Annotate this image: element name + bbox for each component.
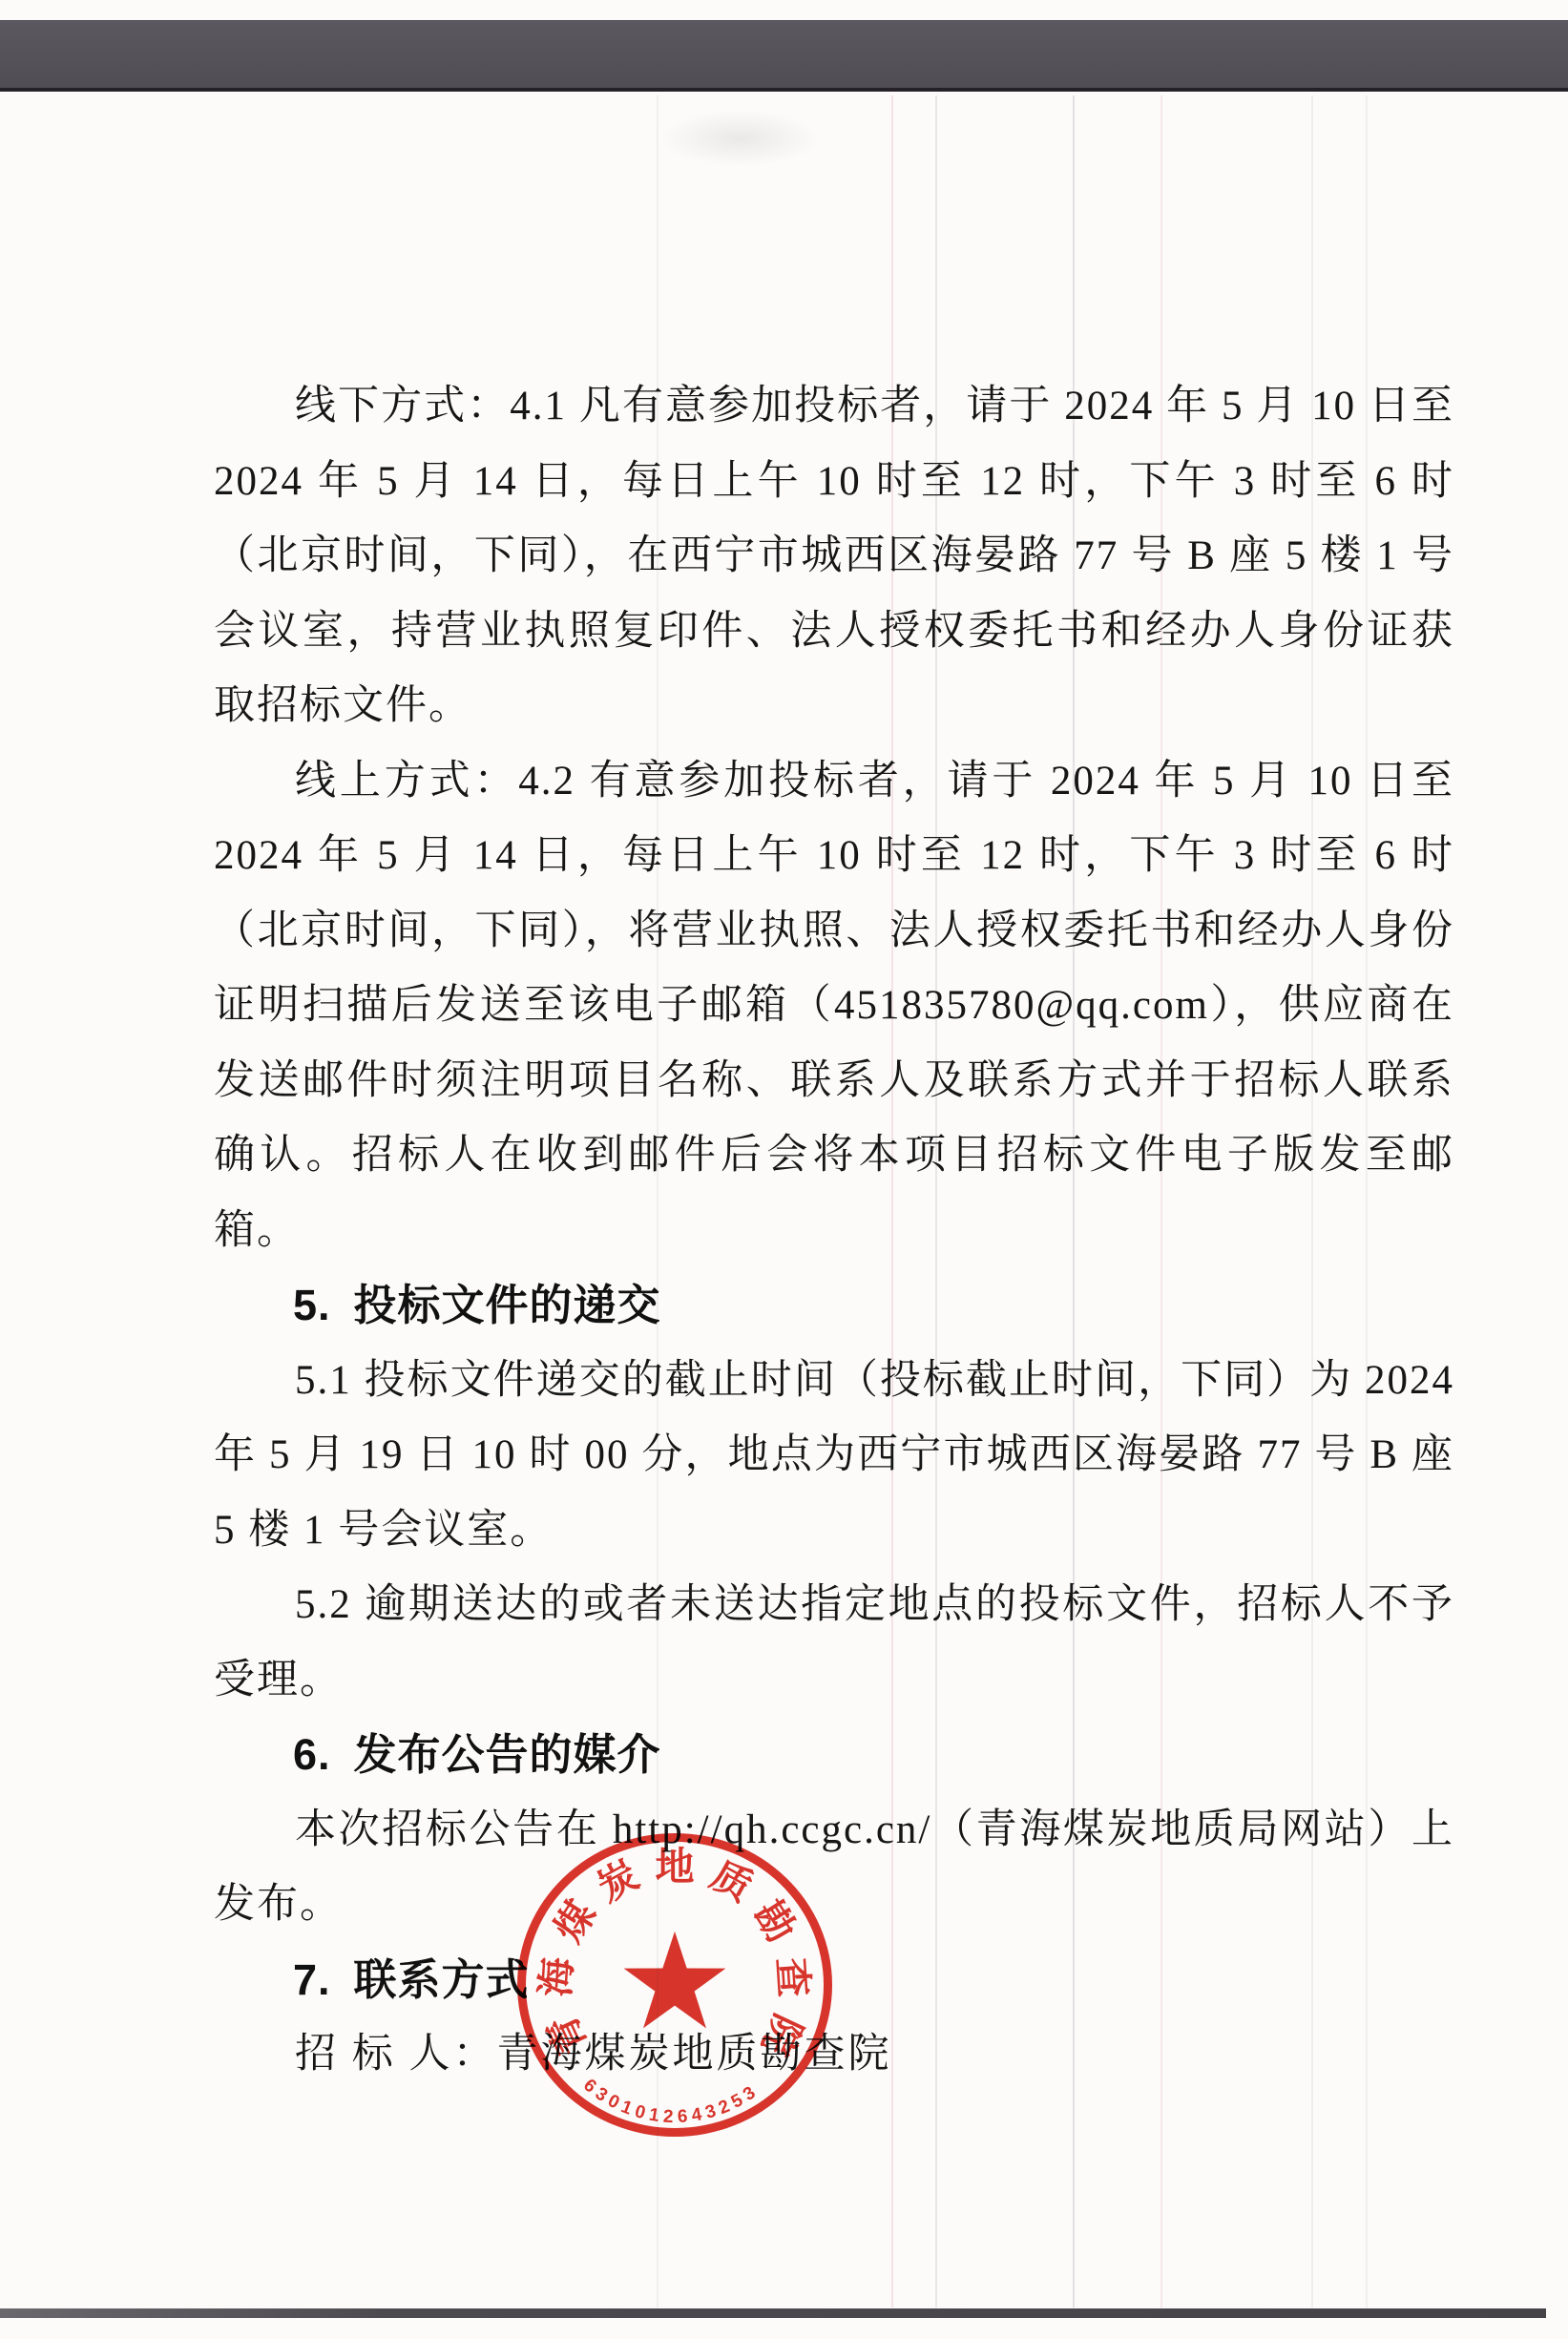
seal-ring-char: 查 xyxy=(773,1953,820,2000)
heading-label: 联系方式 xyxy=(354,1943,530,2018)
section-heading: 6.发布公告的媒介 xyxy=(214,1718,1454,1793)
scanner-bar-bottom xyxy=(0,2308,1546,2318)
scanner-bar-top xyxy=(0,20,1568,92)
section-heading: 5.投标文件的递交 xyxy=(214,1268,1454,1344)
paragraph: 5.2 逾期送达的或者未送达指定地点的投标文件，招标人不予受理。 xyxy=(214,1568,1454,1718)
paragraph: 本次招标公告在 http://qh.ccgc.cn/（青海煤炭地质局网站）上发布… xyxy=(214,1793,1454,1943)
heading-label: 投标文件的递交 xyxy=(354,1268,661,1344)
scan-smudge xyxy=(659,110,821,167)
scanned-document-page: 线下方式：4.1 凡有意参加投标者，请于 2024 年 5 月 10 日至 20… xyxy=(0,0,1568,2339)
seal-ring-char: 海 xyxy=(530,1953,576,2000)
paragraph: 线下方式：4.1 凡有意参加投标者，请于 2024 年 5 月 10 日至 20… xyxy=(214,369,1454,744)
section-heading: 7.联系方式 xyxy=(214,1943,1454,2018)
paragraph: 线上方式：4.2 有意参加投标者，请于 2024 年 5 月 10 日至 202… xyxy=(214,744,1454,1269)
heading-number: 6. xyxy=(293,1718,331,1793)
heading-number: 5. xyxy=(293,1268,331,1344)
heading-number: 7. xyxy=(293,1943,331,2018)
seal-ring-char: 地 xyxy=(653,1841,697,1885)
heading-label: 发布公告的媒介 xyxy=(354,1718,661,1793)
star-icon xyxy=(617,1928,732,2042)
document-body: 线下方式：4.1 凡有意参加投标者，请于 2024 年 5 月 10 日至 20… xyxy=(214,369,1454,2093)
official-seal: 青海煤炭地质勘查院6301012643253 xyxy=(517,1833,832,2137)
paragraph: 5.1 投标文件递交的截止时间（投标截止时间，下同）为 2024 年 5 月 1… xyxy=(214,1344,1454,1569)
signature-line: 招 标 人：青海煤炭地质勘查院 xyxy=(214,2017,1454,2093)
